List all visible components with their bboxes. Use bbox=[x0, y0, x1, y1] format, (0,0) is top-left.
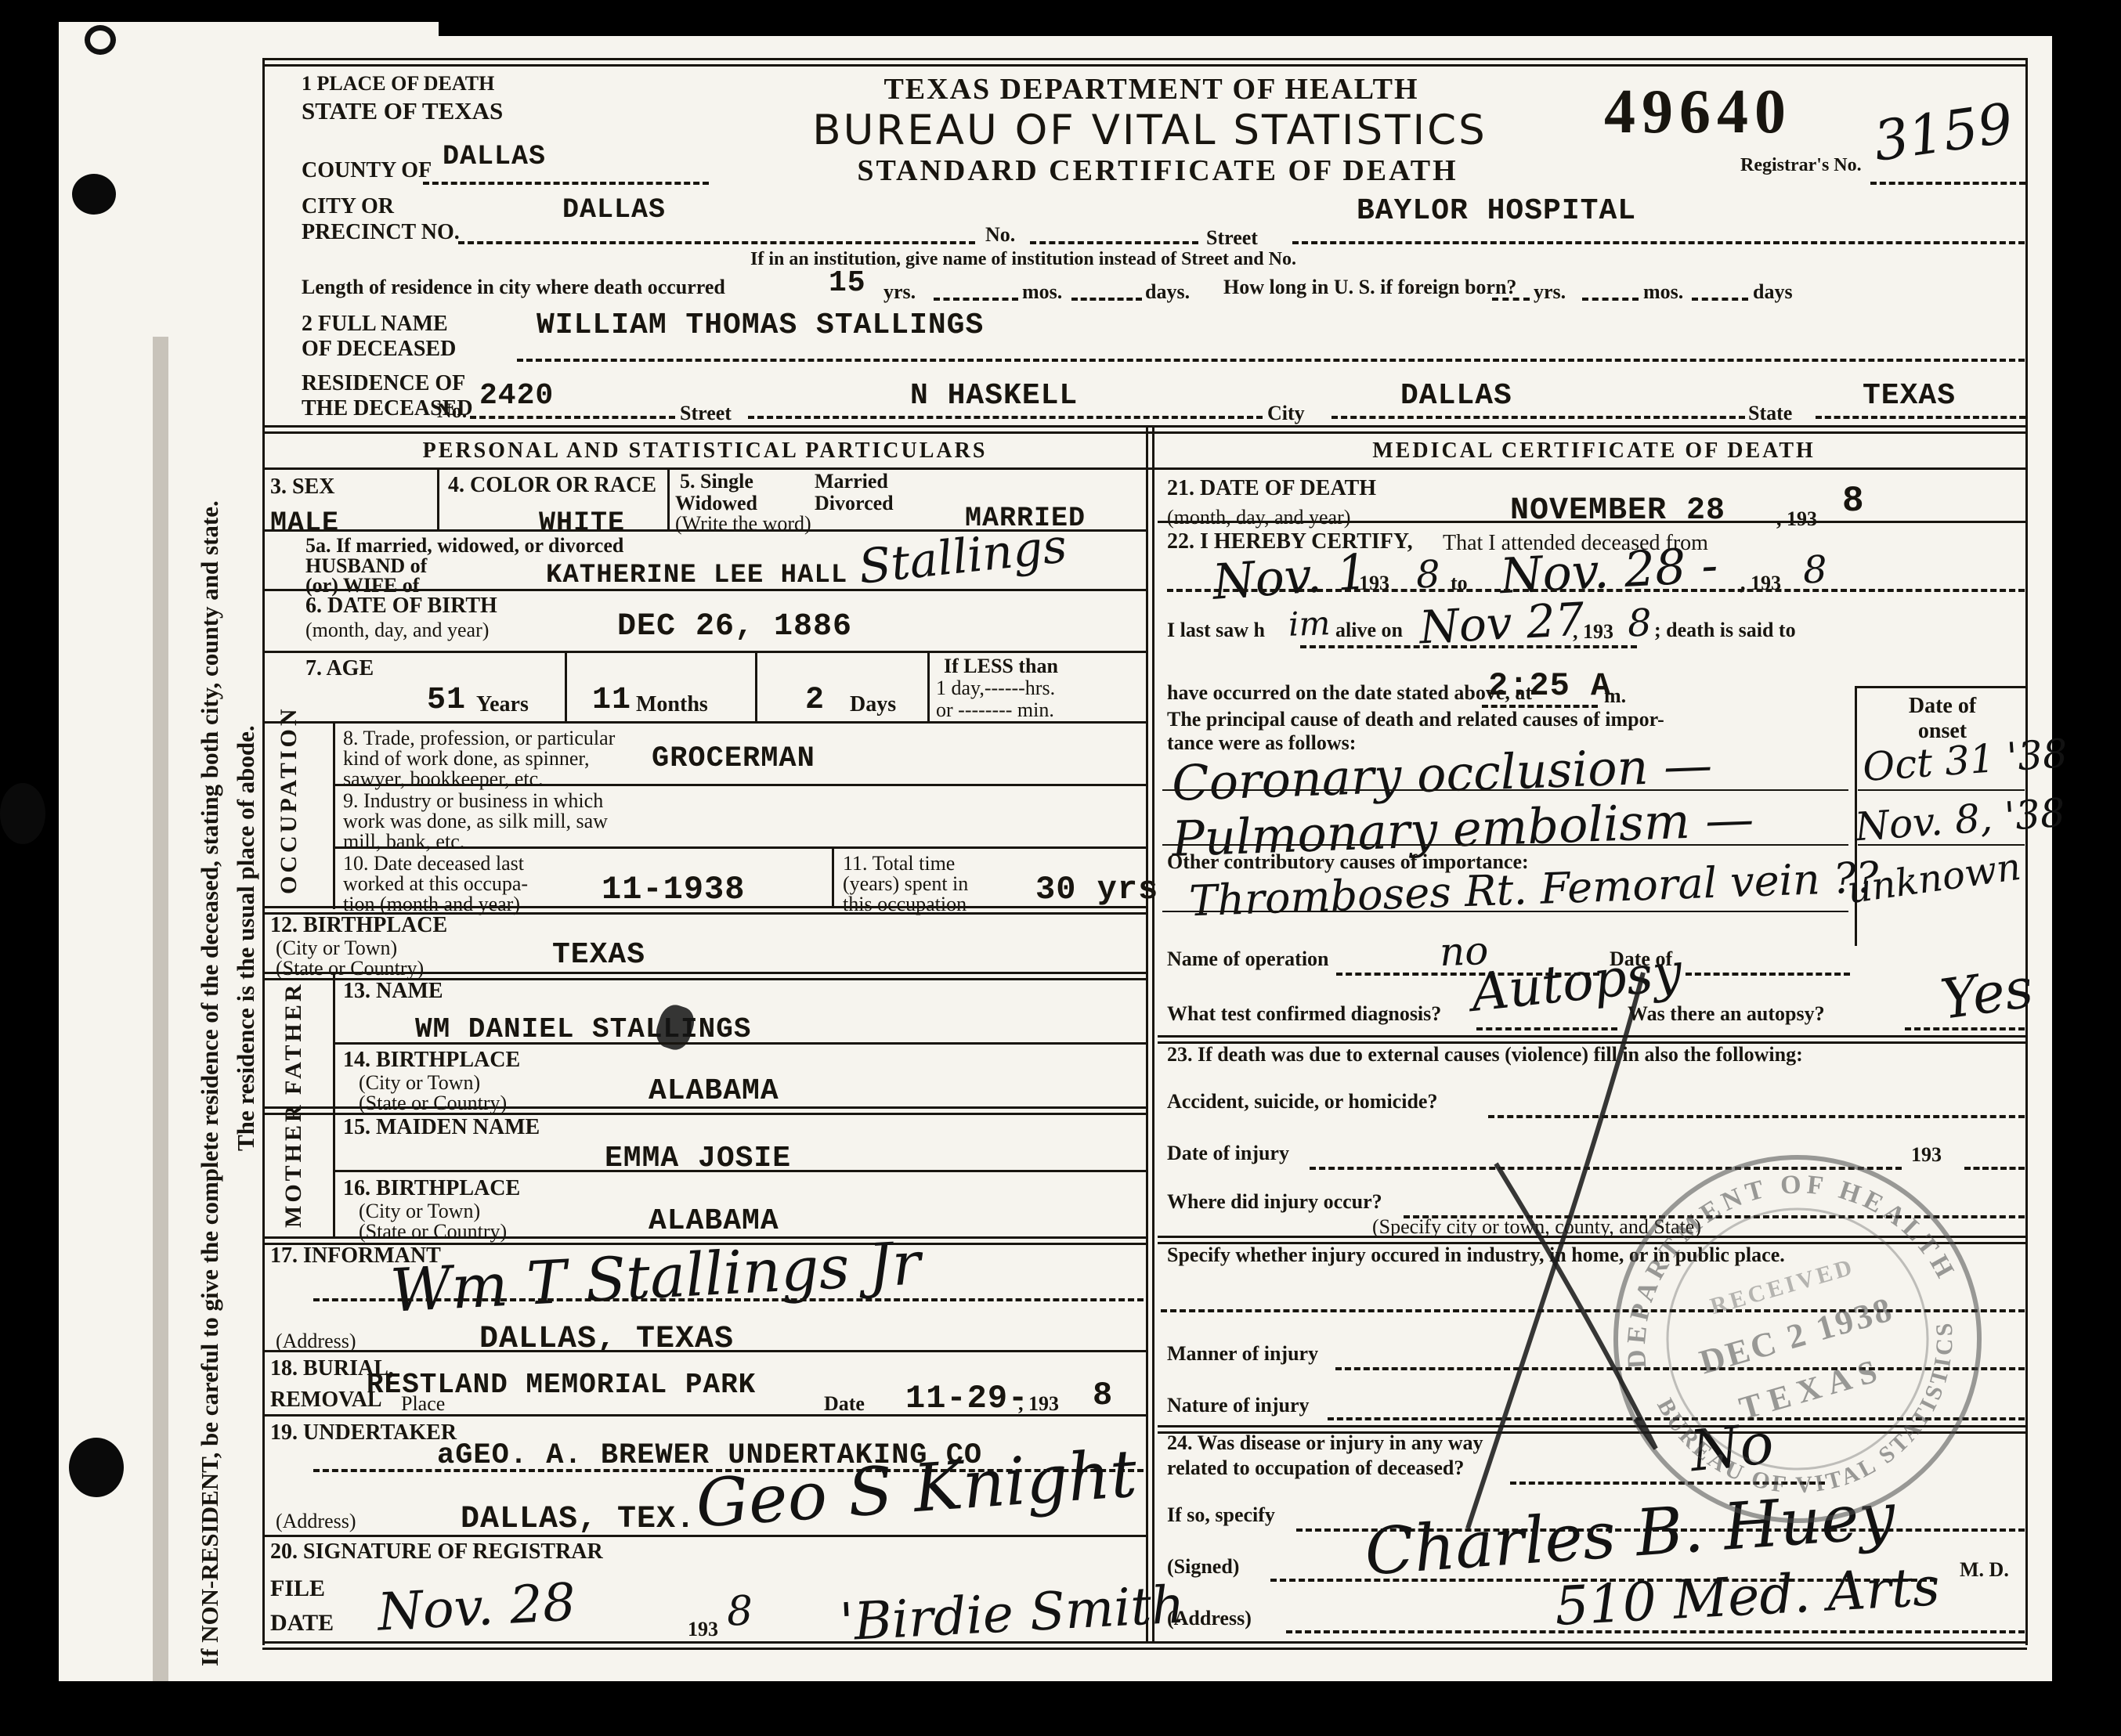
death-certificate-scan: If NON-RESIDENT, be careful to give the … bbox=[0, 0, 2121, 1736]
handwritten-x-mark bbox=[0, 0, 2121, 1736]
